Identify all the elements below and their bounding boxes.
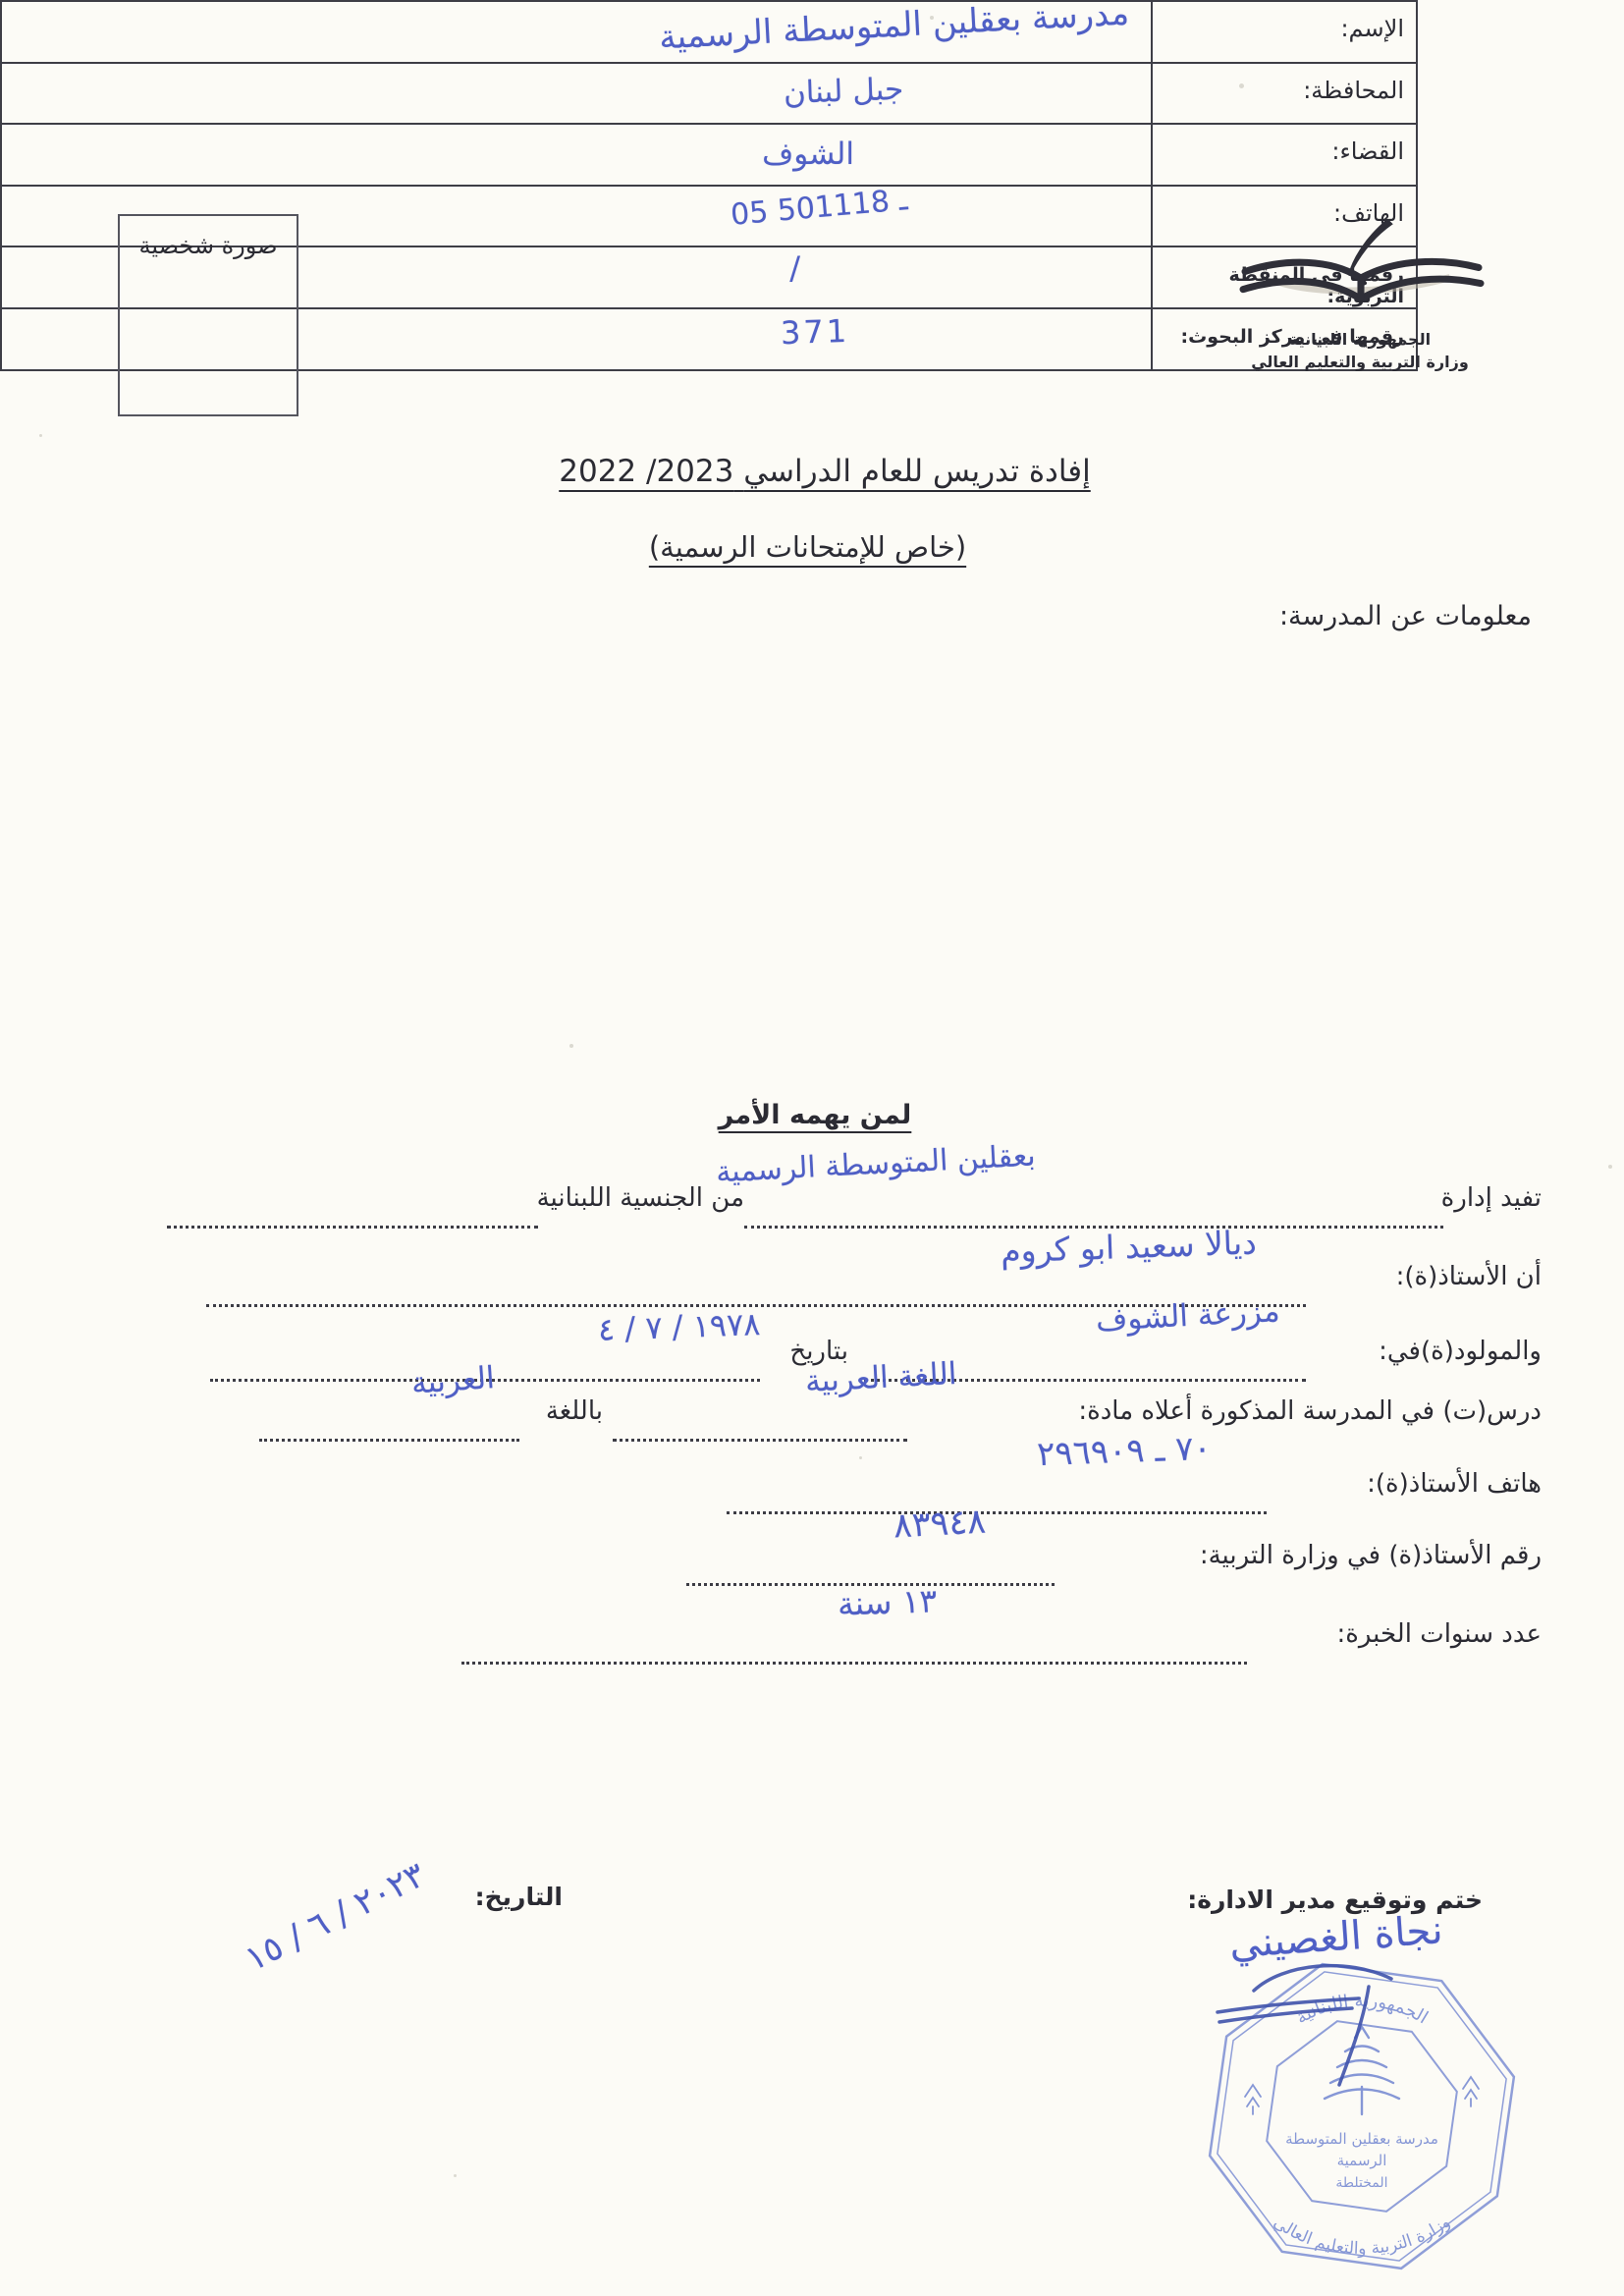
official-stamp: الجمهورية اللبنانية وزارة التربية والتعل… <box>1190 1949 1534 2283</box>
handwritten-date: ٢٠٢٣ / ٦ / ١٥ <box>240 1855 432 1979</box>
handwritten-language: العربية <box>410 1360 496 1401</box>
date-label: التاريخ: <box>475 1883 563 1911</box>
dotted-line <box>727 1511 1267 1514</box>
scan-speck <box>859 1456 862 1459</box>
letter-line6-prefix: رقم الأستاذ(ة) في وزارة التربية: <box>1200 1541 1542 1570</box>
stamp-center-line3: المختلطة <box>1335 2175 1387 2191</box>
letter-line4-prefix: درس(ت) في المدرسة المذكورة أعلاه مادة: <box>1078 1396 1542 1426</box>
handwritten-subject: اللغة العربية <box>804 1356 957 1399</box>
handwritten-governorate: جبل لبنان <box>783 71 903 110</box>
table-row: رقمها في مركز البحوث: 371 <box>2 307 1416 369</box>
stamp-center-line2: الرسمية <box>1337 2152 1387 2169</box>
handwritten-teacher-name: ديالا سعيد ابو كروم <box>1001 1223 1258 1270</box>
row-value: جبل لبنان <box>2 64 1151 124</box>
scan-speck <box>454 2174 457 2177</box>
svg-text:وزارة التربية والتعليم العالي: وزارة التربية والتعليم العالي <box>1270 2213 1453 2259</box>
handwritten-district-number: / <box>789 249 800 287</box>
letter-heading: لمن يهمه الأمر <box>403 1100 1227 1130</box>
scan-speck <box>569 1044 573 1048</box>
stamp-center-line1: مدرسة بعقلين المتوسطة <box>1285 2130 1438 2148</box>
stamp-ring-text-bottom: وزارة التربية والتعليم العالي <box>1270 2213 1453 2259</box>
letter-line7-prefix: عدد سنوات الخبرة: <box>1336 1619 1542 1649</box>
scan-speck <box>1239 83 1244 88</box>
ministry-name-line1: الجمهورية اللبنانية <box>1213 330 1507 349</box>
row-value: / <box>2 247 1151 307</box>
row-label-governorate: المحافظة: <box>1151 64 1416 124</box>
letter-line1-prefix: تفيد إدارة <box>1441 1183 1542 1213</box>
form-subtitle: (خاص للإمتحانات الرسمية) <box>393 530 1222 564</box>
cedar-tree-icon <box>1325 2027 1399 2114</box>
row-value: مدرسة بعقلين المتوسطة الرسمية <box>2 2 1151 62</box>
dotted-line <box>461 1662 1247 1665</box>
dotted-line <box>613 1439 907 1442</box>
handwritten-birthdate: ١٩٧٨ / ٧ / ٤ <box>597 1305 761 1348</box>
row-label-district: القضاء: <box>1151 125 1416 185</box>
table-row: الهاتف: 05 ـ 501118 <box>2 185 1416 246</box>
table-row: الإسم: مدرسة بعقلين المتوسطة الرسمية <box>2 2 1416 62</box>
school-info-table: الإسم: مدرسة بعقلين المتوسطة الرسمية الم… <box>0 0 1418 371</box>
scan-speck <box>39 434 42 437</box>
handwritten-ministry-number: ٨٣٩٤٨ <box>893 1503 987 1547</box>
letter-line1-suffix: من الجنسية اللبنانية <box>537 1183 744 1213</box>
table-row: القضاء: الشوف <box>2 123 1416 185</box>
handwritten-district: الشوف <box>762 137 854 172</box>
dotted-line <box>167 1226 538 1229</box>
dotted-line <box>259 1439 519 1442</box>
row-value: 05 ـ 501118 <box>2 187 1151 246</box>
handwritten-teacher-phone: ٧٠ ـ ٢٩٦٩٠٩ <box>1037 1429 1213 1474</box>
handwritten-school-phone: 05 ـ 501118 <box>730 183 909 233</box>
handwritten-experience-years: ١٣ سنة <box>837 1581 938 1623</box>
handwritten-school-name: مدرسة بعقلين المتوسطة الرسمية <box>658 0 1130 58</box>
row-value: الشوف <box>2 125 1151 185</box>
open-book-icon <box>1237 218 1485 332</box>
letter-line4-middle: باللغة <box>546 1396 603 1426</box>
letter-line5-prefix: هاتف الأستاذ(ة): <box>1367 1469 1542 1499</box>
scanned-form-page: صورة شخصية الجمهورية اللبنانية وزارة الت… <box>0 0 1624 2296</box>
form-title: إفادة تدريس للعام الدراسي 2022 /2023 <box>412 454 1237 489</box>
table-row: المحافظة: جبل لبنان <box>2 62 1416 124</box>
handwritten-school: بعقلين المتوسطة الرسمية <box>716 1138 1037 1189</box>
table-row: رقمها في المنقطة التربوية: / <box>2 246 1416 307</box>
ministry-name-line2: وزارة التربية والتعليم العالي <box>1213 353 1507 371</box>
scan-speck <box>1608 1165 1612 1169</box>
row-label-name: الإسم: <box>1151 2 1416 62</box>
school-info-heading: معلومات عن المدرسة: <box>1279 601 1532 631</box>
letter-line3-prefix: والمولود(ة)في: <box>1379 1337 1542 1366</box>
letter-line2-prefix: أن الأستاذ(ة): <box>1396 1262 1542 1291</box>
school-years: 2022 /2023 <box>559 454 733 489</box>
handwritten-research-number: 371 <box>780 312 849 352</box>
handwritten-birthplace: مزرعة الشوف <box>1096 1293 1281 1339</box>
row-value: 371 <box>2 309 1151 369</box>
